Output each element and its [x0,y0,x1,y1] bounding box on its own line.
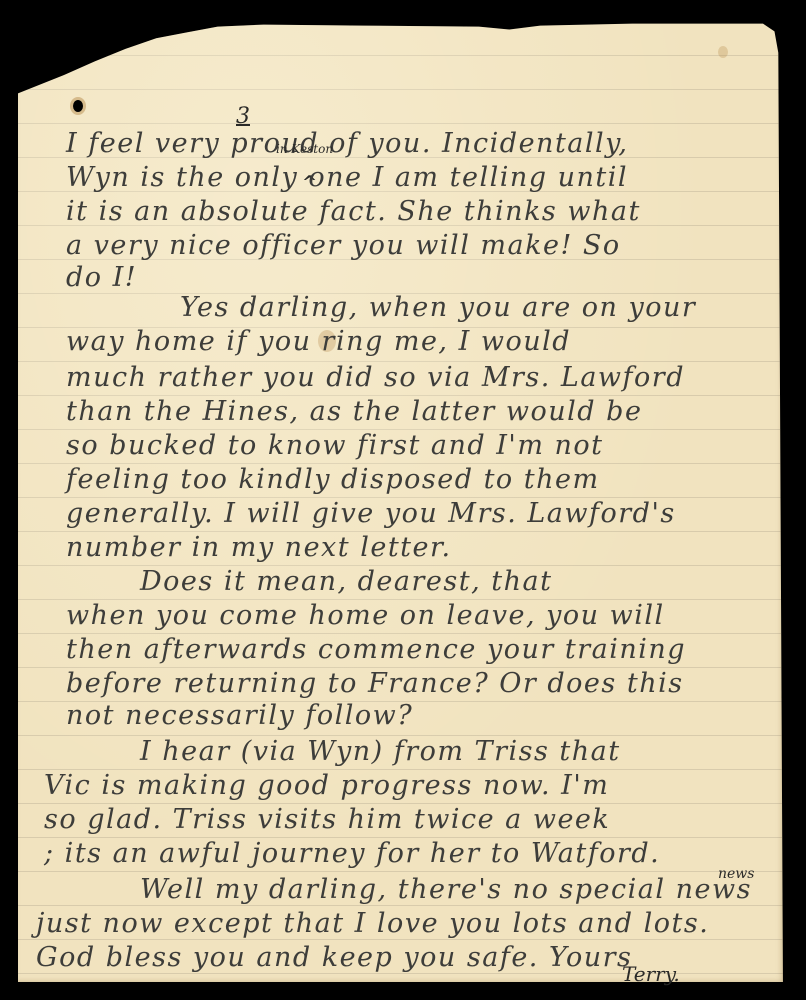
letter-line: feeling too kindly disposed to them [66,464,600,495]
letter-line: Does it mean, dearest, that [140,566,552,597]
letter-line: just now except that I love you lots and… [36,908,709,939]
letter-text: 3 I feel very proud of you. Incidentally… [0,0,806,1000]
letter-line: a very nice officer you will make! So [66,230,621,261]
letter-line: so glad. Triss visits him twice a week [44,804,610,835]
letter-line: not necessarily follow? [66,700,413,731]
letter-line: God bless you and keep you safe. Yours [36,942,632,973]
letter-line: Yes darling, when you are on your [180,292,696,323]
letter-line: much rather you did so via Mrs. Lawford [66,362,685,393]
letter-line: it is an absolute fact. She thinks what [66,196,641,227]
signature: Terry. [622,962,680,986]
letter-line: ; its an awful journey for her to Watfor… [44,838,660,869]
letter-line: than the Hines, as the latter would be [66,396,642,427]
letter-line: number in my next letter. [66,532,452,563]
letter-line: when you come home on leave, you will [66,600,665,631]
letter-line: Wyn is the only one I am telling until [66,162,628,193]
page-number: 3 [236,104,250,129]
letter-line: generally. I will give you Mrs. Lawford'… [66,498,676,529]
letter-line: I feel very proud of you. Incidentally, [66,128,628,159]
letter-line: I hear (via Wyn) from Triss that [140,736,621,767]
letter-line: then afterwards commence your training [66,634,686,665]
line-part: much rather you did so via Mrs. Lawford [66,362,685,393]
letter-line: before returning to France? Or does this [66,668,684,699]
letter-line: way home if you ring me, I would [66,326,571,357]
letter-line: Well my darling, there's no special news [140,874,752,905]
letter-line: so bucked to know first and I'm not [66,430,604,461]
insertion-in-keston: in Keston [276,142,333,156]
letter-line: Vic is making good progress now. I'm [44,770,609,801]
letter-line: do I! [66,262,137,293]
